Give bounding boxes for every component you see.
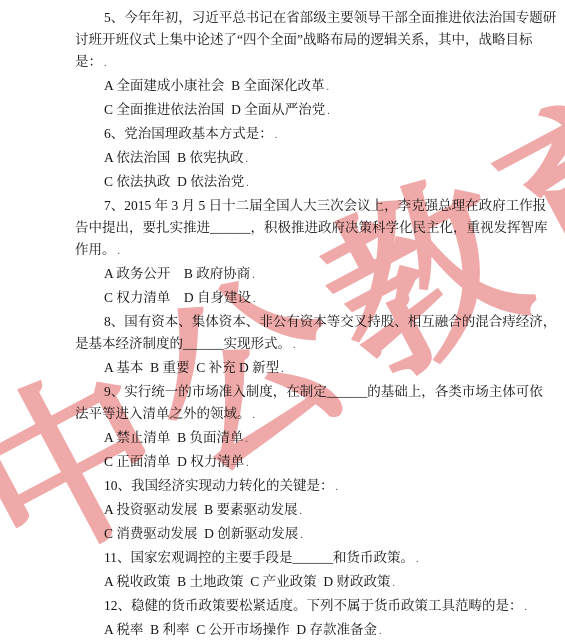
text-line: 10、我国经济实现动力转化的关键是： [0, 475, 565, 499]
text-line: 8、国有资本、集体资本、非公有资本等交叉持股、相互融合的混合痔经济， [0, 311, 565, 333]
text-line: C 依法执政 D 依法治党 [0, 171, 565, 195]
text-line: 7、2015 年 3 月 5 日十二届全国人大三次会议上，李克强总理在政府工作报 [0, 195, 565, 217]
text-line: 11、国家宏观调控的主要手段是______和货币政策。 [0, 547, 565, 571]
text-line: 6、党治国理政基本方式是： [0, 123, 565, 147]
text-line: A 全面建成小康社会 B 全面深化改革 [0, 75, 565, 99]
text-line: A 依法治国 B 依宪执政 [0, 147, 565, 171]
text-line: A 投资驱动发展 B 要素驱动发展 [0, 499, 565, 523]
text-line: A 税收政策 B 土地政策 C 产业政策 D 财政政策 [0, 571, 565, 595]
text-line: A 基本 B 重要 C 补充 D 新型 [0, 357, 565, 381]
document-page: 中公教育 5、今年年初，习近平总书记在省部级主要领导干部全面推进依法治国专题研讨… [0, 0, 565, 644]
text-line: 12、稳健的货币政策要松紧适度。下列不属于货币政策工具范畴的是： [0, 595, 565, 619]
text-line: C 权力清单 D 自身建设 [0, 287, 565, 311]
text-line: A 税率 B 利率 C 公开市场操作 D 存款准备金 [0, 619, 565, 643]
text-column: 5、今年年初，习近平总书记在省部级主要领导干部全面推进依法治国专题研讨班开班仪式… [0, 0, 565, 643]
text-line: 是基本经济制度的______实现形式。 [0, 333, 565, 357]
text-line: 法平等进入清单之外的领域。 [0, 403, 565, 427]
text-line: A 禁止清单 B 负面清单 [0, 427, 565, 451]
text-line: 9、实行统一的市场准入制度，在制定______的基础上，各类市场主体可依 [0, 381, 565, 403]
text-line: 5、今年年初，习近平总书记在省部级主要领导干部全面推进依法治国专题研 [0, 7, 565, 29]
text-line: 讨班开班仪式上集中论述了“四个全面”战略布局的逻辑关系，其中，战略目标 [0, 29, 565, 51]
text-line: C 全面推进依法治国 D 全面从严治党 [0, 99, 565, 123]
text-line: C 正面清单 D 权力清单 [0, 451, 565, 475]
text-line: A 政务公开 B 政府协商 [0, 263, 565, 287]
text-line: 是： [0, 51, 565, 75]
text-line: C 消费驱动发展 D 创新驱动发展 [0, 523, 565, 547]
text-line: 告中提出，要扎实推进______，积极推进政府决策科学化民主化，重视发挥智库 [0, 217, 565, 239]
text-line: 作用。 [0, 239, 565, 263]
